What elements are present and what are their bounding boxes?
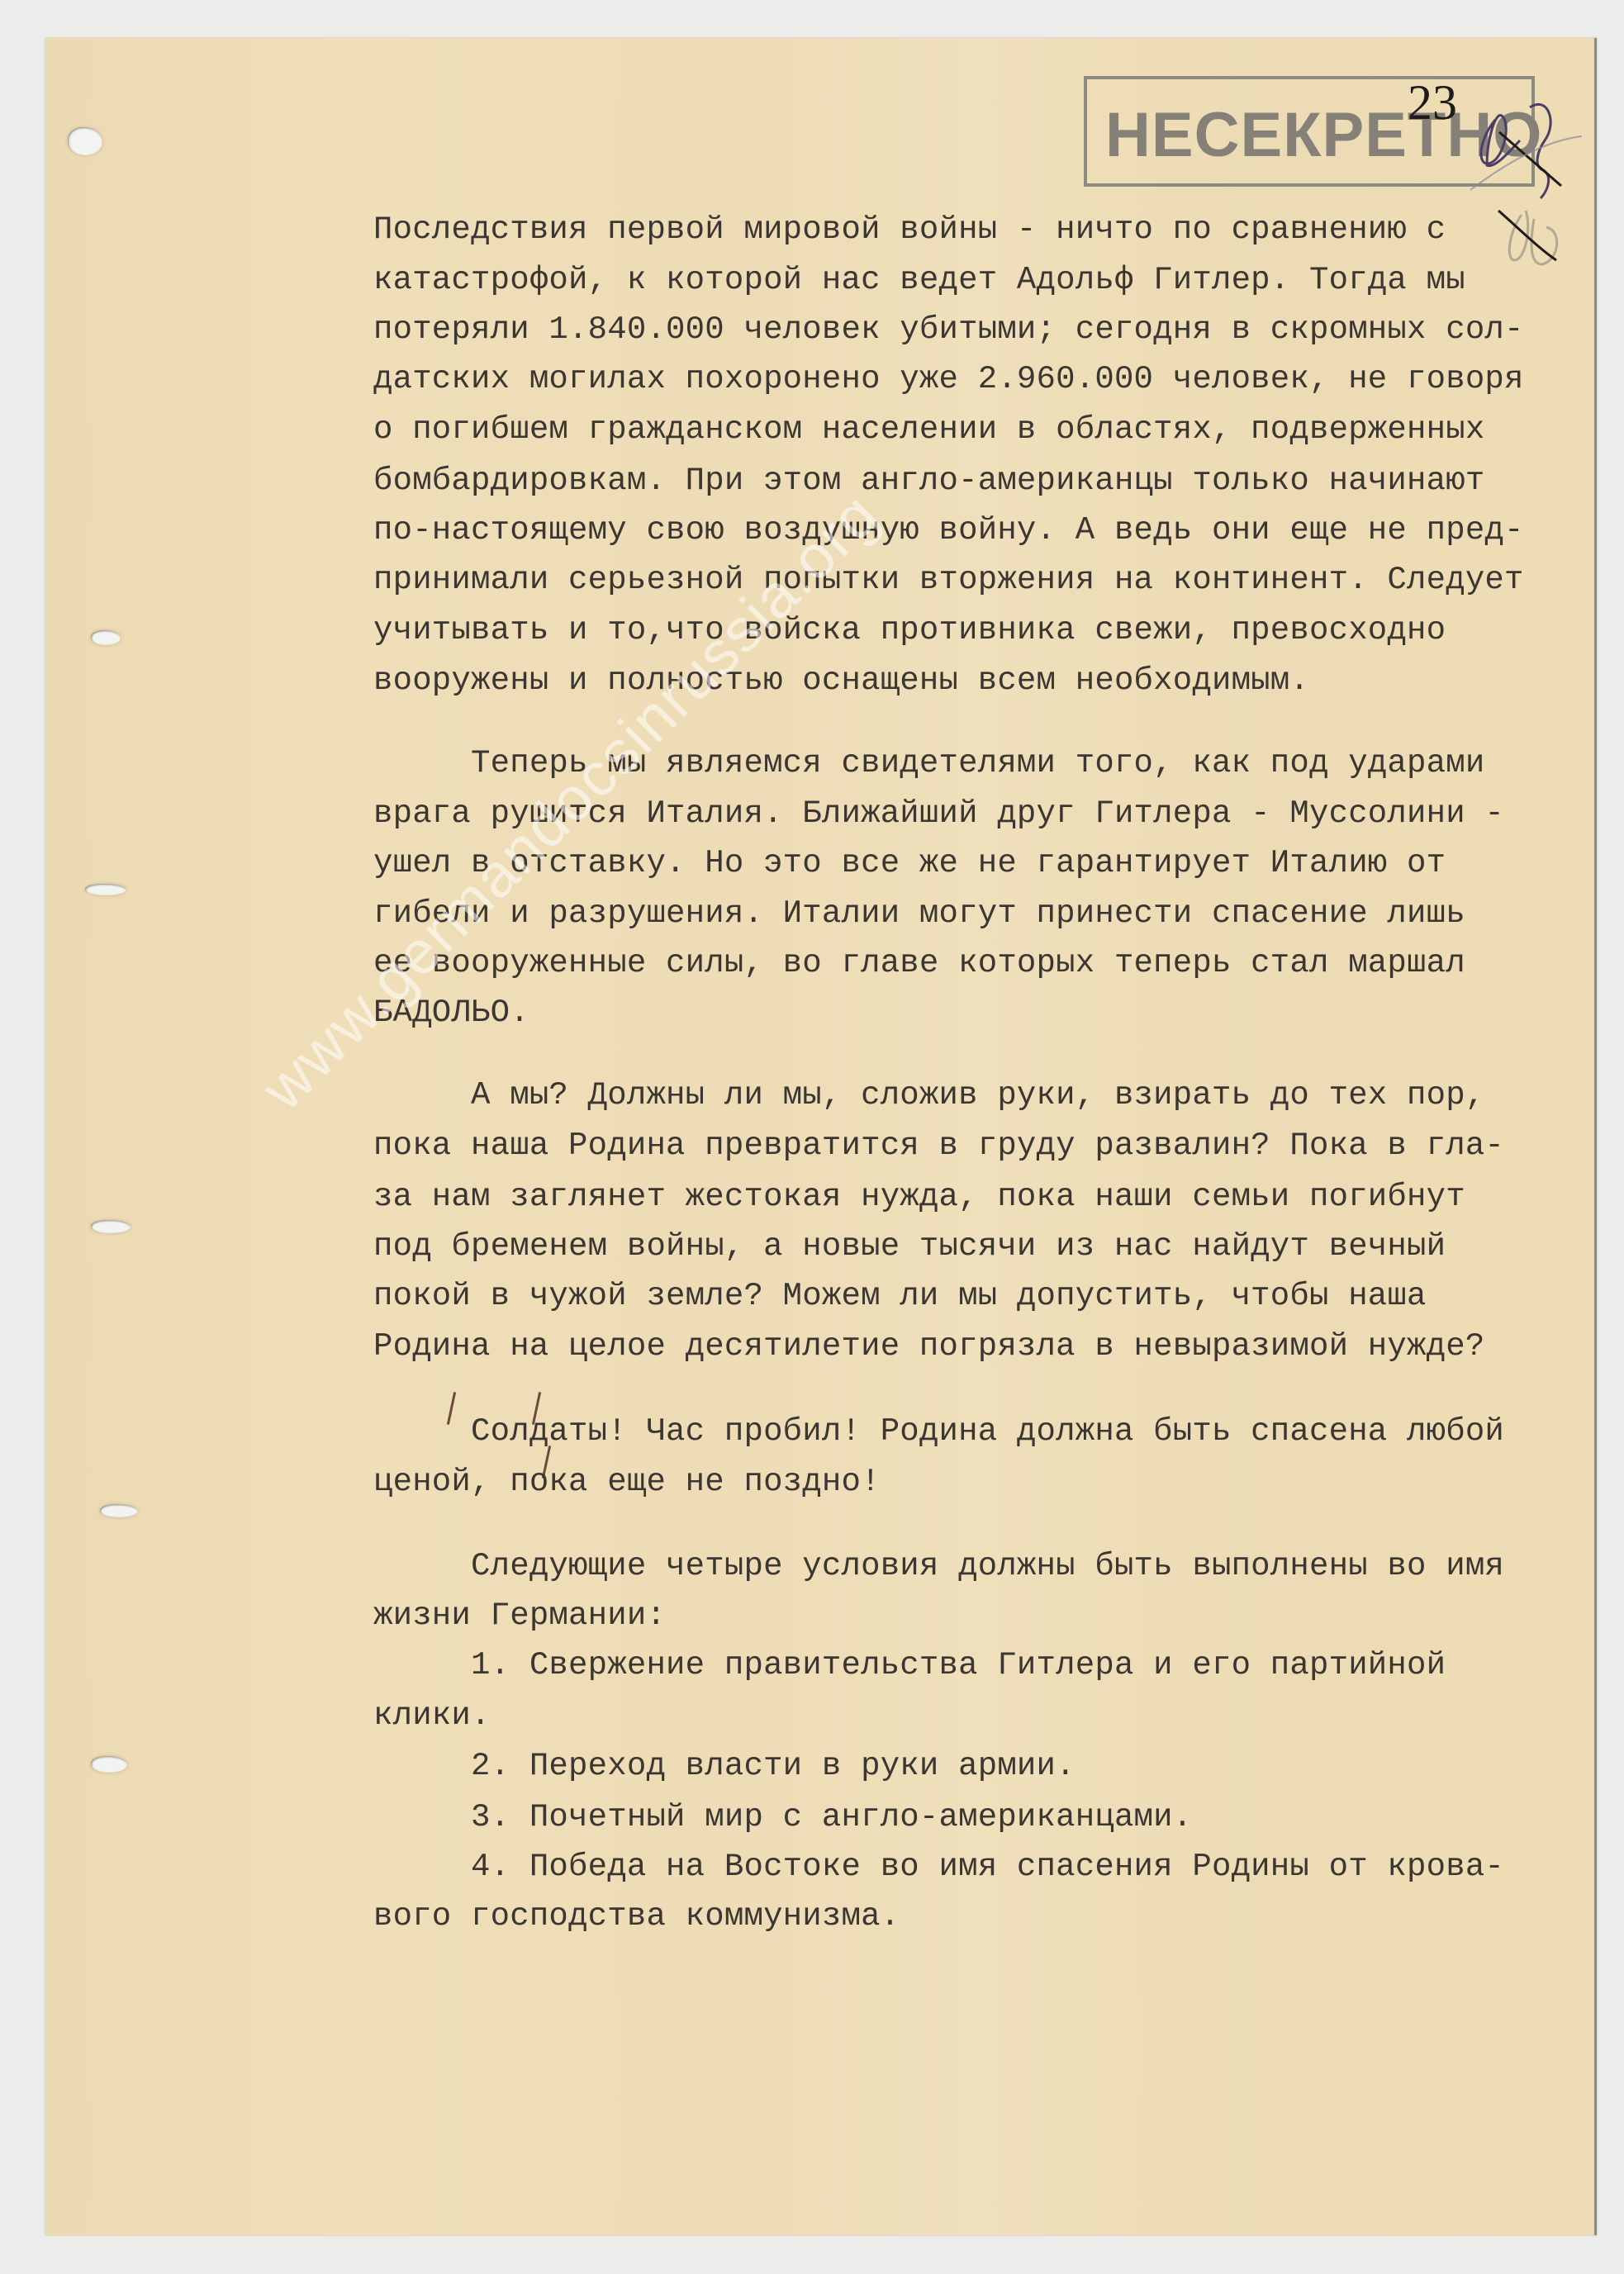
text-line: Последствия первой мировой войны - ничто…	[373, 211, 1446, 248]
list-item: 2. Переход власти в руки армии.	[373, 1748, 1076, 1784]
text-line: покой в чужой земле? Можем ли мы допусти…	[373, 1278, 1427, 1314]
text-line: вооружены и полностью оснащены всем необ…	[373, 662, 1309, 699]
punch-hole	[91, 1220, 131, 1233]
text-line: гибели и разрушения. Италии могут принес…	[373, 895, 1465, 932]
text-line: катастрофой, к которой нас ведет Адольф …	[373, 262, 1465, 298]
text-line: А мы? Должны ли мы, сложив руки, взирать…	[373, 1077, 1484, 1113]
punch-hole	[85, 884, 126, 895]
punch-hole	[68, 127, 102, 155]
text-line: бомбардировкам. При этом англо-американц…	[373, 463, 1484, 499]
text-line: под бременем войны, а новые тысячи из на…	[373, 1228, 1446, 1265]
punch-hole	[91, 1756, 127, 1773]
punch-hole	[100, 1504, 138, 1517]
list-item: клики.	[373, 1697, 491, 1734]
stamp-label: НЕСЕКРЕТНО	[1105, 104, 1542, 167]
list-item: 4. Победа на Востоке во имя спасения Род…	[373, 1849, 1504, 1885]
text-line: по-настоящему свою воздушную войну. А ве…	[373, 512, 1524, 548]
text-line: потеряли 1.840.000 человек убитыми; сего…	[373, 311, 1524, 348]
list-item: вого господства коммунизма.	[373, 1898, 900, 1935]
text-line: о погибшем гражданском населении в облас…	[373, 411, 1484, 448]
text-line: Теперь мы являемся свидетелями того, как…	[373, 745, 1484, 781]
declassified-stamp: НЕСЕКРЕТНО	[1084, 76, 1535, 187]
text-line: ее вооруженные силы, во главе которых те…	[373, 945, 1465, 981]
text-line: Следующие четыре условия должны быть вып…	[373, 1548, 1504, 1584]
page-number: 23	[1408, 78, 1457, 127]
text-line: принимали серьезной попытки вторжения на…	[373, 562, 1524, 598]
text-line: за нам заглянет жестокая нужда, пока наш…	[373, 1179, 1465, 1215]
text-line: Родина на целое десятилетие погрязла в н…	[373, 1328, 1484, 1365]
text-line: жизни Германии:	[373, 1597, 666, 1634]
text-line: учитывать и то,что войска противника све…	[373, 612, 1446, 648]
text-line: датских могилах похоронено уже 2.960.000…	[373, 361, 1524, 397]
list-item: 1. Свержение правительства Гитлера и его…	[373, 1647, 1446, 1683]
list-item: 3. Почетный мир с англо-американцами.	[373, 1799, 1192, 1835]
text-line: пока наша Родина превратится в груду раз…	[373, 1128, 1504, 1164]
text-line: ценой, пока еще не поздно!	[373, 1464, 881, 1500]
punch-hole	[91, 630, 121, 645]
text-line: Солдаты! Час пробил! Родина должна быть …	[373, 1413, 1504, 1450]
